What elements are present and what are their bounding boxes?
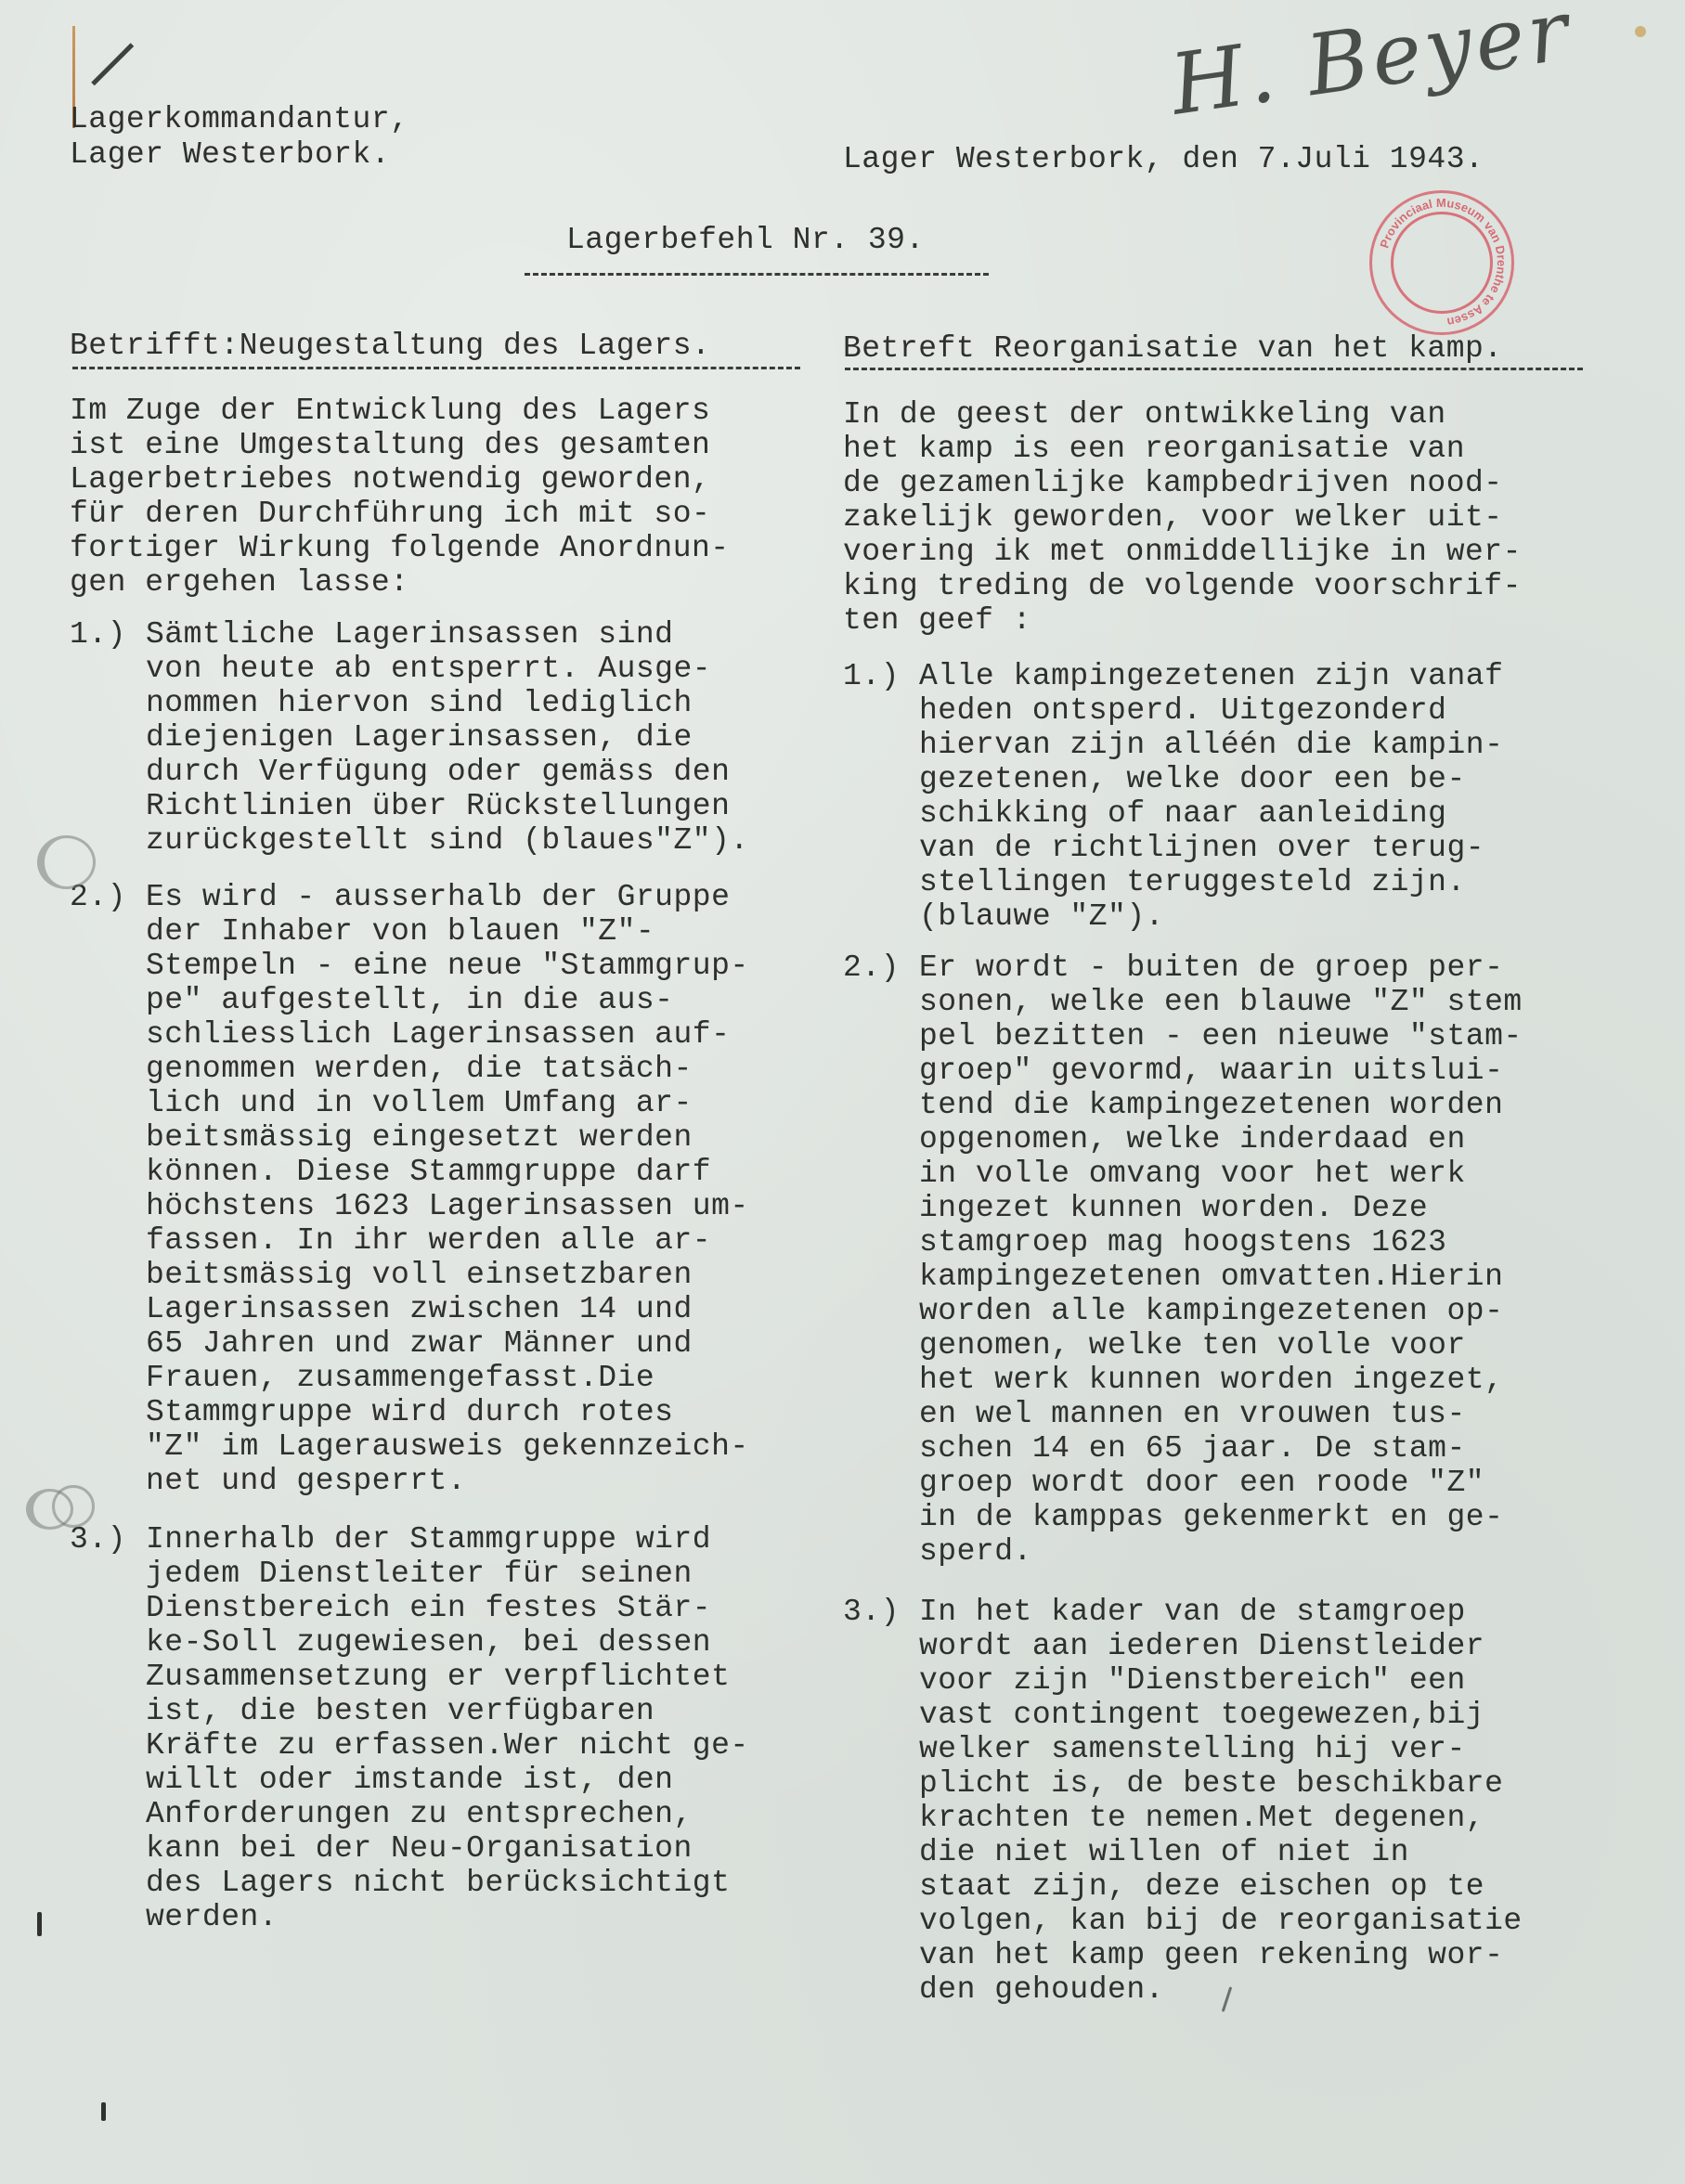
text-line: (blauwe "Z"). xyxy=(919,899,1164,934)
sender-line-1: Lagerkommandantur, xyxy=(70,102,408,136)
text-line: hiervan zijn alléén die kampin- xyxy=(919,728,1503,762)
text-line: Sämtliche Lagerinsassen sind xyxy=(146,617,674,652)
subject-german-underline xyxy=(72,367,800,369)
text-line: pe" aufgestellt, in die aus- xyxy=(146,983,674,1017)
text-line: vast contingent toegewezen,bij xyxy=(919,1698,1484,1732)
german-item-1: Sämtliche Lagerinsassen sind von heute a… xyxy=(146,617,749,858)
paper-speck xyxy=(1635,26,1646,37)
german-item-3-number: 3.) xyxy=(70,1522,126,1557)
text-line: plicht is, de beste beschikbare xyxy=(919,1766,1503,1801)
text-line: wordt aan iederen Dienstleider xyxy=(919,1629,1484,1663)
text-line: beitsmässig voll einsetzbaren xyxy=(146,1258,693,1292)
punch-hole-mark xyxy=(37,835,96,889)
dutch-item-2-number: 2.) xyxy=(843,950,900,985)
text-line: staat zijn, deze eischen op te xyxy=(919,1869,1484,1904)
text-line: beitsmässig eingesetzt werden xyxy=(146,1120,693,1155)
text-line: Anforderungen zu entsprechen, xyxy=(146,1797,693,1831)
stamp-text: Provinciaal Museum van Drenthe te Assen xyxy=(1377,196,1509,330)
text-line: Zusammensetzung er verpflichtet xyxy=(146,1660,730,1694)
text-line: "Z" im Lagerausweis gekennzeich- xyxy=(146,1429,749,1464)
text-line: stellingen teruggesteld zijn. xyxy=(919,865,1466,899)
sender-line-2: Lager Westerbork. xyxy=(70,137,390,172)
text-line: genommen werden, die tatsäch- xyxy=(146,1052,693,1086)
text-line: jedem Dienstleiter für seinen xyxy=(146,1557,693,1591)
text-line: ist, die besten verfügbaren xyxy=(146,1694,655,1728)
text-line: kampingezetenen omvatten.Hierin xyxy=(919,1260,1503,1294)
text-line: In het kader van de stamgroep xyxy=(919,1595,1466,1629)
dutch-item-1: Alle kampingezetenen zijn vanaf heden on… xyxy=(919,659,1503,934)
text-line: willt oder imstande ist, den xyxy=(146,1763,674,1797)
text-line: de gezamenlijke kampbedrijven nood- xyxy=(843,466,1503,500)
text-line: van de richtlijnen over terug- xyxy=(919,831,1484,865)
text-line: voor zijn "Dienstbereich" een xyxy=(919,1663,1466,1698)
dutch-item-2: Er wordt - buiten de groep per- sonen, w… xyxy=(919,950,1523,1569)
title-underline xyxy=(525,273,989,276)
dutch-intro: In de geest der ontwikkeling van het kam… xyxy=(843,397,1522,638)
text-line: für deren Durchführung ich mit so- xyxy=(70,497,710,531)
text-line: en wel mannen en vrouwen tus- xyxy=(919,1397,1466,1431)
dutch-item-3-number: 3.) xyxy=(843,1595,900,1629)
dutch-item-3: In het kader van de stamgroep wordt aan … xyxy=(919,1595,1523,2007)
paper-speck xyxy=(101,2102,106,2121)
document-page: H. Beyer Lagerkommandantur, Lager Wester… xyxy=(0,0,1685,2184)
stamp-ring-text: Provinciaal Museum van Drenthe te Assen xyxy=(1372,193,1511,332)
german-item-1-number: 1.) xyxy=(70,617,126,652)
text-line: Lagerbetriebes notwendig geworden, xyxy=(70,462,710,497)
text-line: schen 14 en 65 jaar. De stam- xyxy=(919,1431,1466,1466)
text-line: Stammgruppe wird durch rotes xyxy=(146,1395,674,1429)
text-line: schikking of naar aanleiding xyxy=(919,796,1447,831)
text-line: stamgroep mag hoogstens 1623 xyxy=(919,1225,1447,1260)
text-line: In de geest der ontwikkeling van xyxy=(843,397,1446,432)
text-line: nommen hiervon sind lediglich xyxy=(146,686,693,720)
text-line: zakelijk geworden, voor welker uit- xyxy=(843,500,1503,535)
text-line: Er wordt - buiten de groep per- xyxy=(919,950,1503,985)
text-line: king treding de volgende voorschrif- xyxy=(843,569,1522,603)
text-line: lich und in vollem Umfang ar- xyxy=(146,1086,693,1120)
text-line: Im Zuge der Entwicklung des Lagers xyxy=(70,394,710,428)
text-line: schliesslich Lagerinsassen auf- xyxy=(146,1017,730,1052)
dutch-item-1-number: 1.) xyxy=(843,659,900,693)
text-line: Lagerinsassen zwischen 14 und xyxy=(146,1292,693,1326)
text-line: werden. xyxy=(146,1900,278,1934)
archive-stamp: Provinciaal Museum van Drenthe te Assen xyxy=(1369,190,1514,335)
subject-german: Betrifft:Neugestaltung des Lagers. xyxy=(70,329,710,363)
text-line: fassen. In ihr werden alle ar- xyxy=(146,1223,711,1258)
text-line: ke-Soll zugewiesen, bei dessen xyxy=(146,1625,711,1660)
text-line: het kamp is een reorganisatie van xyxy=(843,432,1465,466)
text-line: opgenomen, welke inderdaad en xyxy=(919,1122,1466,1157)
paper-speck xyxy=(37,1912,42,1936)
text-line: pel bezitten - een nieuwe "stam- xyxy=(919,1019,1523,1053)
order-title: Lagerbefehl Nr. 39. xyxy=(566,223,925,257)
text-line: tend die kampingezetenen worden xyxy=(919,1088,1503,1122)
text-line: heden ontsperd. Uitgezonderd xyxy=(919,693,1447,728)
text-line: volgen, kan bij de reorganisatie xyxy=(919,1904,1523,1938)
text-line: Dienstbereich ein festes Stär- xyxy=(146,1591,711,1625)
text-line: Kräfte zu erfassen.Wer nicht ge- xyxy=(146,1728,749,1763)
text-line: kann bei der Neu-Organisation xyxy=(146,1831,693,1866)
text-line: worden alle kampingezetenen op- xyxy=(919,1294,1503,1328)
handwritten-signature: H. Beyer xyxy=(1165,0,1578,135)
text-line: in de kamppas gekenmerkt en ge- xyxy=(919,1500,1503,1534)
text-line: van het kamp geen rekening wor- xyxy=(919,1938,1503,1972)
text-line: sonen, welke een blauwe "Z" stem xyxy=(919,985,1523,1019)
text-line: ingezet kunnen worden. Deze xyxy=(919,1191,1428,1225)
text-line: der Inhaber von blauen "Z"- xyxy=(146,914,655,949)
text-line: Richtlinien über Rückstellungen xyxy=(146,789,730,823)
punch-hole-mark xyxy=(52,1485,95,1528)
text-line: Es wird - ausserhalb der Gruppe xyxy=(146,880,730,914)
text-line: 65 Jahren und zwar Männer und xyxy=(146,1326,693,1361)
text-line: von heute ab entsperrt. Ausge- xyxy=(146,652,711,686)
text-line: het werk kunnen worden ingezet, xyxy=(919,1363,1503,1397)
text-line: können. Diese Stammgruppe darf xyxy=(146,1155,711,1189)
text-line: diejenigen Lagerinsassen, die xyxy=(146,720,693,755)
subject-dutch-underline xyxy=(845,368,1583,370)
text-line: ist eine Umgestaltung des gesamten xyxy=(70,428,710,462)
text-line: voering ik met onmiddellijke in wer- xyxy=(843,535,1522,569)
text-line: sperd. xyxy=(919,1534,1032,1569)
text-line: Frauen, zusammengefasst.Die xyxy=(146,1361,655,1395)
text-line: gezetenen, welke door een be- xyxy=(919,762,1466,796)
text-line: fortiger Wirkung folgende Anordnun- xyxy=(70,531,730,565)
text-line: den gehouden. xyxy=(919,1972,1164,2007)
german-item-2: Es wird - ausserhalb der Gruppe der Inha… xyxy=(146,880,749,1498)
german-item-3: Innerhalb der Stammgruppe wird jedem Die… xyxy=(146,1522,749,1934)
sender-block: Lagerkommandantur, Lager Westerbork. xyxy=(70,102,408,173)
svg-text:Provinciaal Museum van Drenthe: Provinciaal Museum van Drenthe te Assen xyxy=(1377,196,1509,330)
text-line: groep" gevormd, waarin uitslui- xyxy=(919,1053,1503,1088)
german-intro: Im Zuge der Entwicklung des Lagers ist e… xyxy=(70,394,730,600)
text-line: krachten te nemen.Met degenen, xyxy=(919,1801,1484,1835)
text-line: genomen, welke ten volle voor xyxy=(919,1328,1466,1363)
text-line: durch Verfügung oder gemäss den xyxy=(146,755,730,789)
text-line: Alle kampingezetenen zijn vanaf xyxy=(919,659,1503,693)
text-line: gen ergehen lasse: xyxy=(70,565,408,600)
text-line: zurückgestellt sind (blaues"Z"). xyxy=(146,823,749,858)
pencil-check-mark xyxy=(91,43,134,85)
text-line: des Lagers nicht berücksichtigt xyxy=(146,1866,730,1900)
text-line: die niet willen of niet in xyxy=(919,1835,1409,1869)
text-line: welker samenstelling hij ver- xyxy=(919,1732,1466,1766)
text-line: ten geef : xyxy=(843,603,1031,638)
place-and-date: Lager Westerbork, den 7.Juli 1943. xyxy=(843,142,1484,176)
text-line: groep wordt door een roode "Z" xyxy=(919,1466,1484,1500)
subject-dutch: Betreft Reorganisatie van het kamp. xyxy=(843,331,1503,366)
text-line: Stempeln - eine neue "Stammgrup- xyxy=(146,949,749,983)
text-line: in volle omvang voor het werk xyxy=(919,1157,1466,1191)
text-line: höchstens 1623 Lagerinsassen um- xyxy=(146,1189,749,1223)
text-line: Innerhalb der Stammgruppe wird xyxy=(146,1522,711,1557)
text-line: net und gesperrt. xyxy=(146,1464,466,1498)
